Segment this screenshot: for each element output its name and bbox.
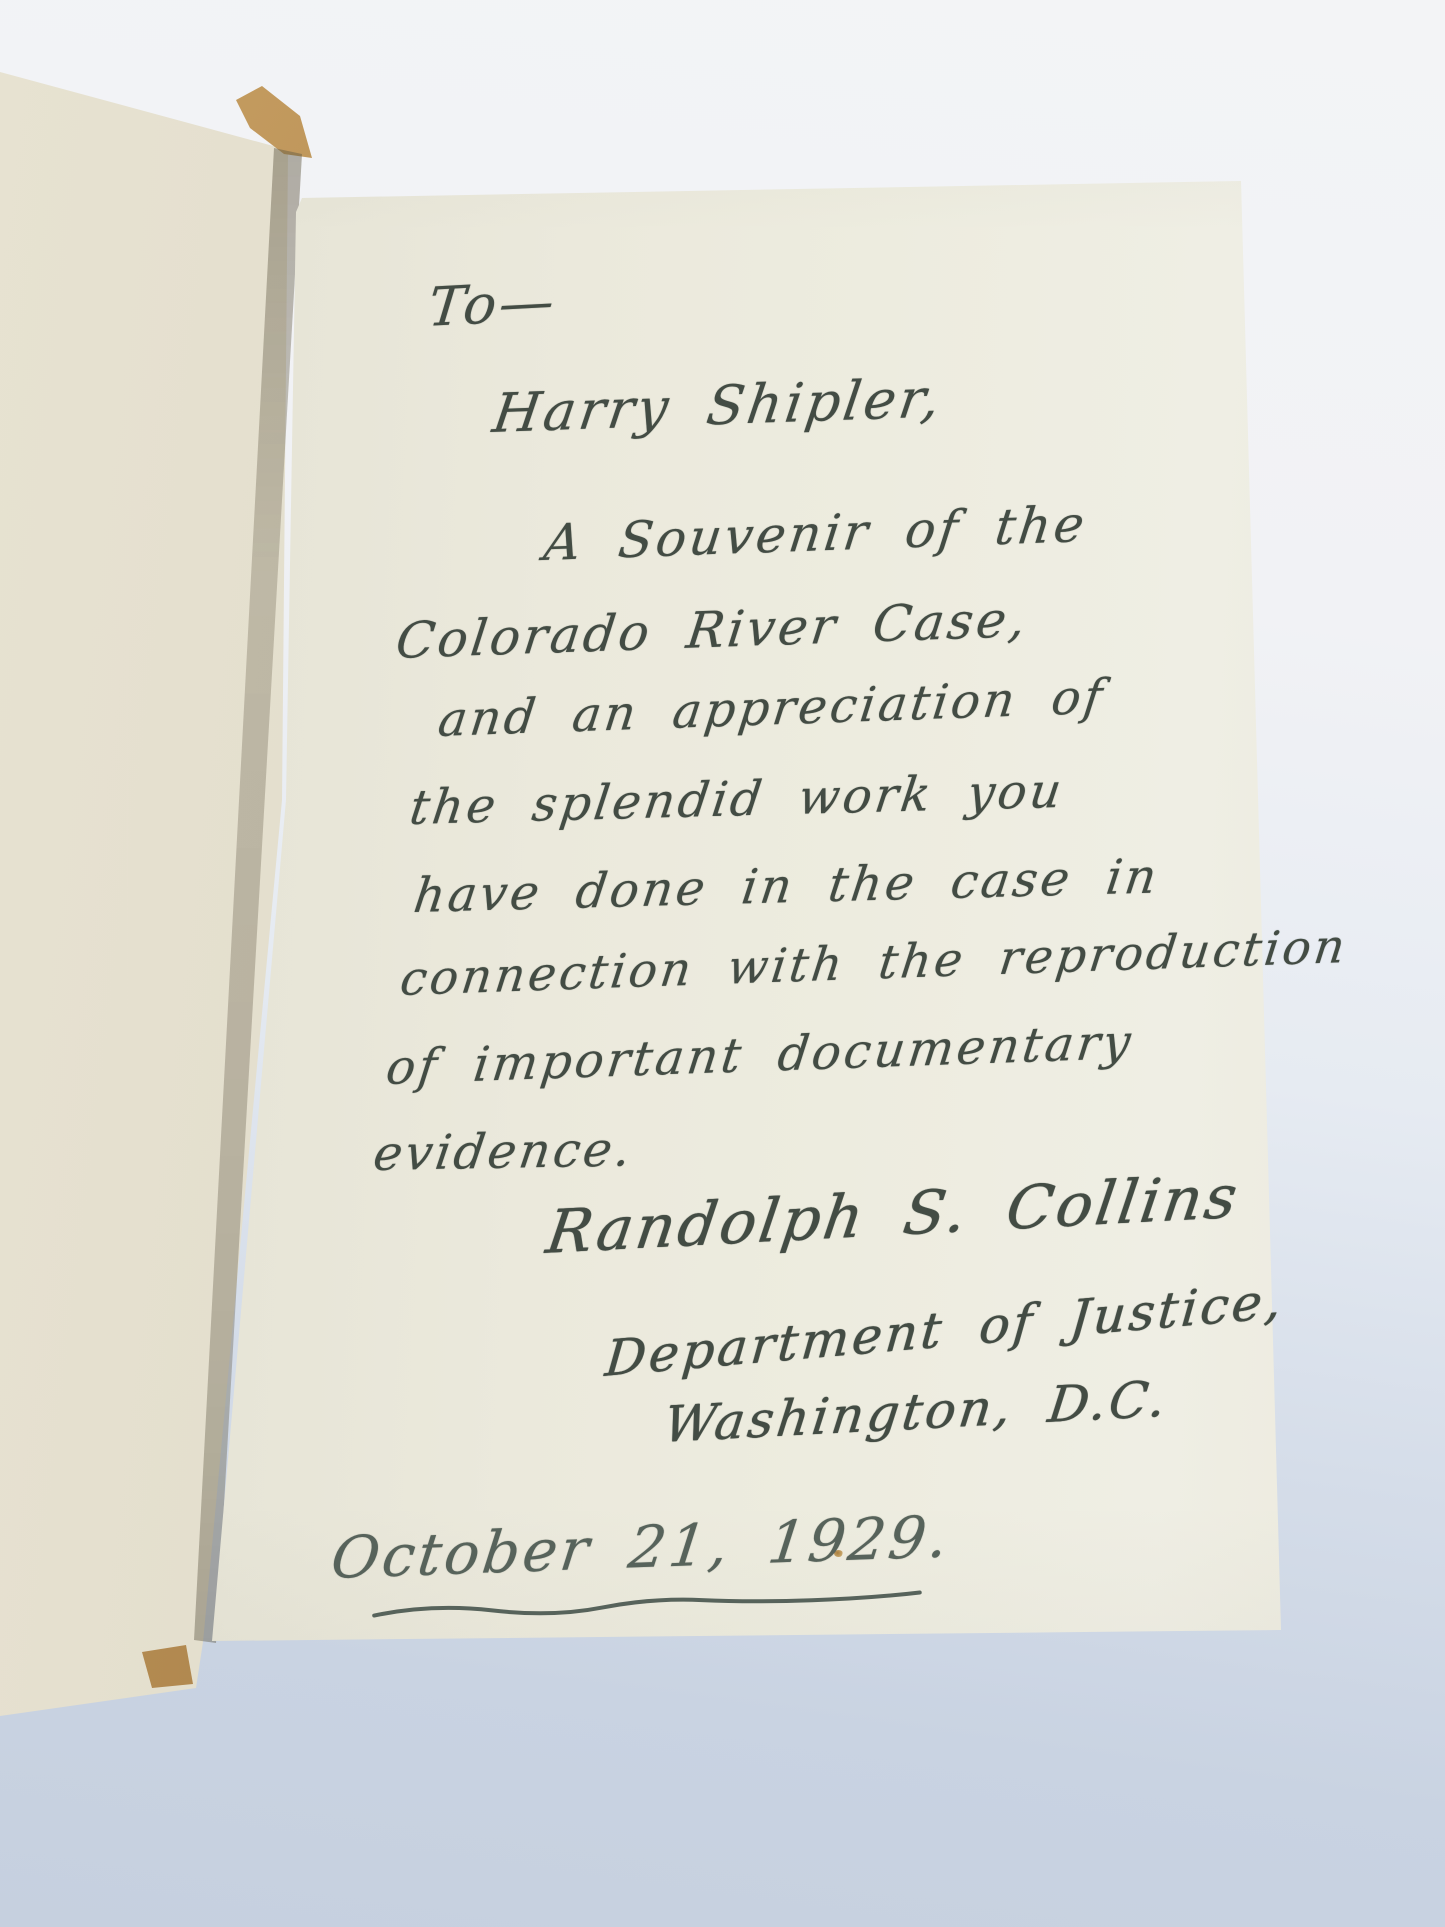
dedication-to-line: To— xyxy=(425,269,560,339)
photo-of-open-book: To— Harry Shipler, A Souvenir of the Col… xyxy=(0,0,1445,1927)
body-line-8: evidence. xyxy=(370,1121,637,1182)
